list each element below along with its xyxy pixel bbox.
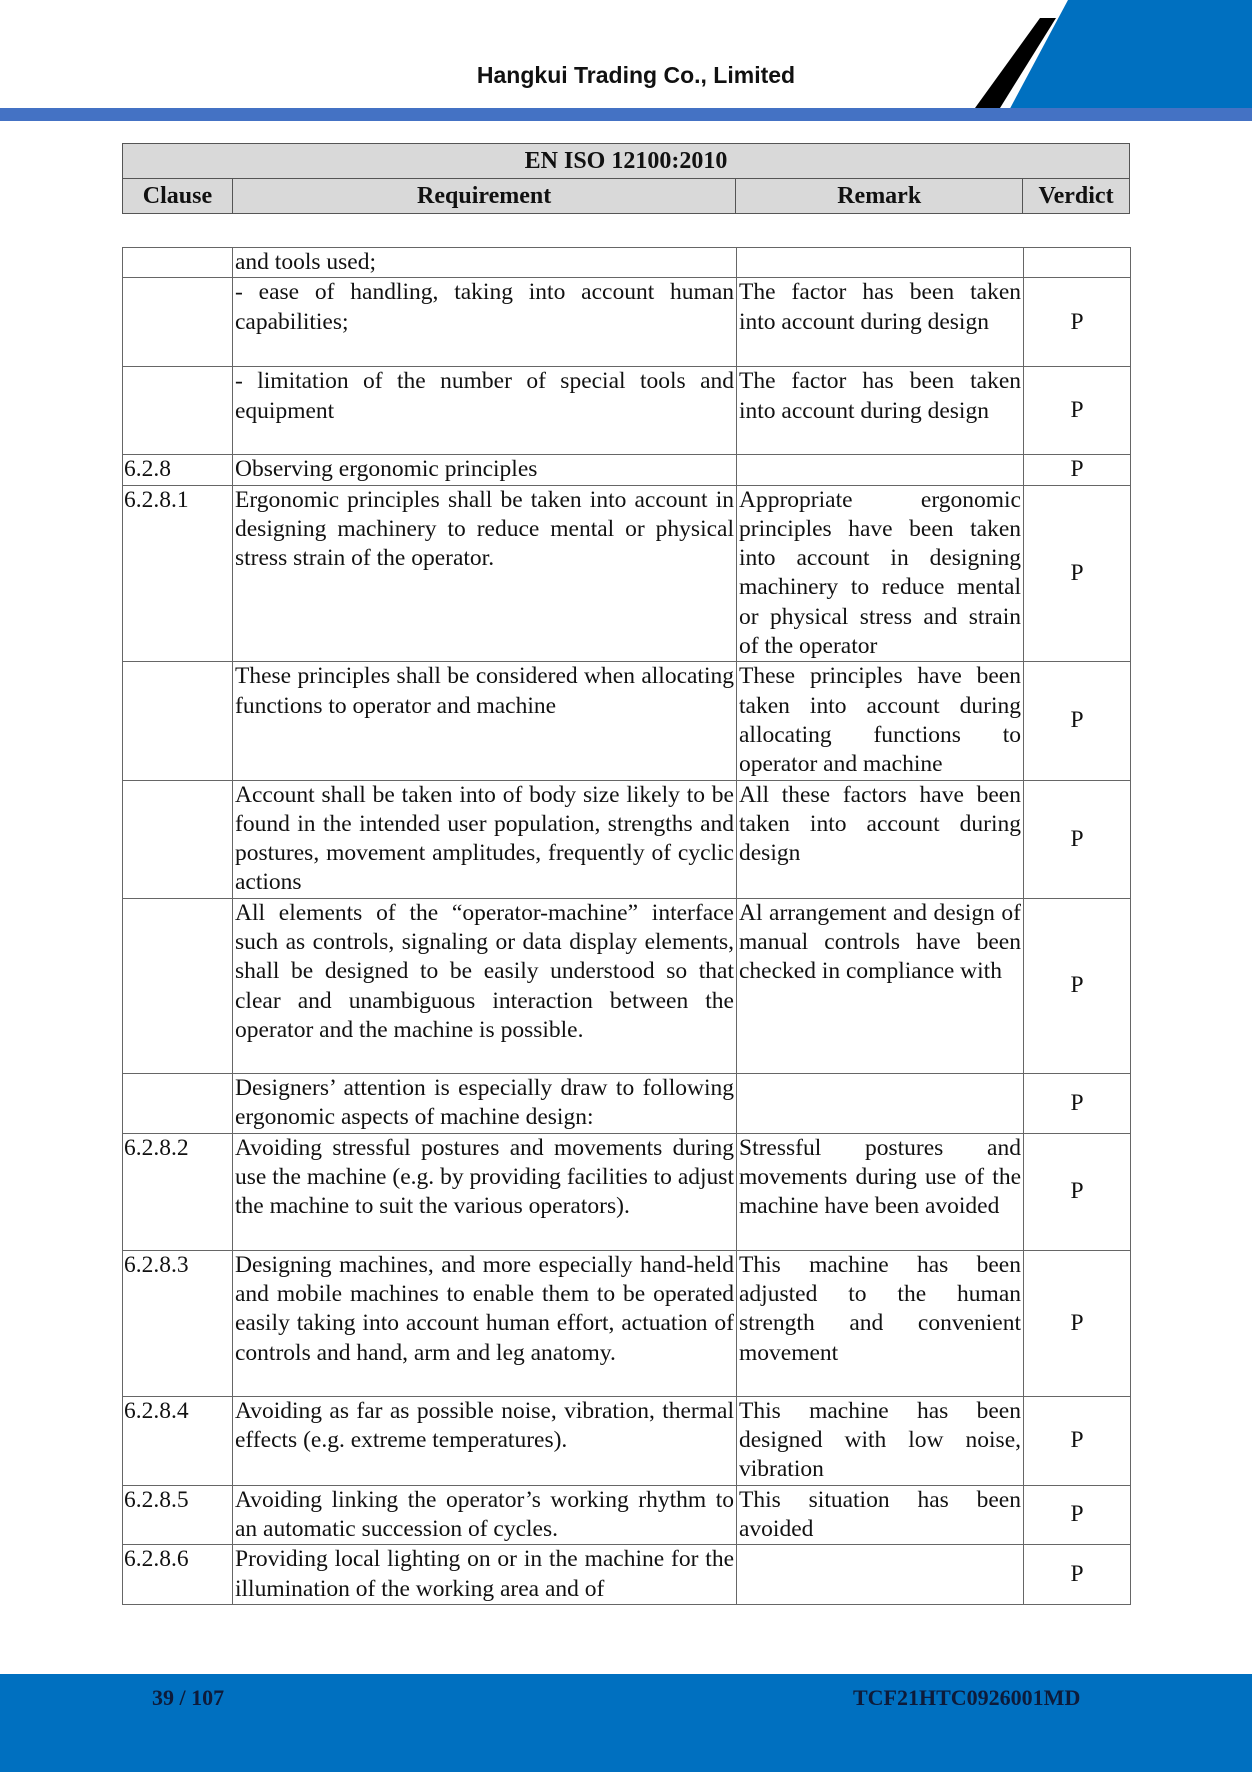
cell-clause [123,662,233,780]
cell-verdict: P [1024,1250,1131,1396]
cell-clause: 6.2.8.4 [123,1396,233,1485]
cell-remark: Appropriate ergonomic principles have be… [737,485,1024,662]
table-row: - limitation of the number of special to… [123,367,1131,455]
table-row: Designers’ attention is especially draw … [123,1073,1131,1133]
cell-requirement: Designing machines, and more especially … [233,1250,737,1396]
cell-remark: These principles have been taken into ac… [737,662,1024,780]
company-name: Hangkui Trading Co., Limited [0,62,1252,89]
cell-verdict: P [1024,455,1131,485]
cell-clause [123,248,233,278]
cell-remark: This machine has been designed with low … [737,1396,1024,1485]
cell-requirement: All elements of the “operator-machine” i… [233,898,737,1073]
cell-verdict: P [1024,1545,1131,1605]
table-row: 6.2.8.1Ergonomic principles shall be tak… [123,485,1131,662]
header-bar [0,108,1252,121]
table-row: These principles shall be considered whe… [123,662,1131,780]
cell-requirement: - ease of handling, taking into account … [233,278,737,367]
table-row: All elements of the “operator-machine” i… [123,898,1131,1073]
standard-title: EN ISO 12100:2010 [123,144,1130,179]
cell-clause: 6.2.8.2 [123,1133,233,1250]
cell-requirement: Avoiding linking the operator’s working … [233,1485,737,1545]
cell-remark: The factor has been taken into account d… [737,278,1024,367]
table-row: 6.2.8.2Avoiding stressful postures and m… [123,1133,1131,1250]
cell-clause: 6.2.8 [123,455,233,485]
cell-clause [123,898,233,1073]
cell-clause: 6.2.8.1 [123,485,233,662]
cell-requirement: and tools used; [233,248,737,278]
table-row: 6.2.8.4Avoiding as far as possible noise… [123,1396,1131,1485]
cell-verdict: P [1024,1396,1131,1485]
cell-requirement: Avoiding as far as possible noise, vibra… [233,1396,737,1485]
report-number: TCF21HTC0926001MD [853,1685,1080,1711]
cell-remark [737,1073,1024,1133]
table-header: EN ISO 12100:2010 Clause Requirement Rem… [122,143,1130,214]
cell-clause: 6.2.8.5 [123,1485,233,1545]
cell-requirement: These principles shall be considered whe… [233,662,737,780]
cell-requirement: Providing local lighting on or in the ma… [233,1545,737,1605]
cell-clause [123,780,233,898]
cell-remark: Al arrangement and design of manual cont… [737,898,1024,1073]
table-row: Account shall be taken into of body size… [123,780,1131,898]
column-header-clause: Clause [123,179,233,214]
cell-verdict: P [1024,780,1131,898]
cell-clause: 6.2.8.6 [123,1545,233,1605]
column-header-verdict: Verdict [1023,179,1130,214]
cell-remark: The factor has been taken into account d… [737,367,1024,455]
cell-clause [123,1073,233,1133]
cell-verdict: P [1024,662,1131,780]
cell-requirement: - limitation of the number of special to… [233,367,737,455]
footer-bar: 39 / 107 TCF21HTC0926001MD [0,1674,1252,1772]
cell-verdict: P [1024,278,1131,367]
cell-verdict: P [1024,1073,1131,1133]
table-row: 6.2.8.5Avoiding linking the operator’s w… [123,1485,1131,1545]
cell-remark: Stressful postures and movements during … [737,1133,1024,1250]
requirements-table: and tools used;- ease of handling, takin… [122,247,1131,1605]
cell-requirement: Ergonomic principles shall be taken into… [233,485,737,662]
table-row: - ease of handling, taking into account … [123,278,1131,367]
column-header-requirement: Requirement [232,179,735,214]
cell-clause [123,278,233,367]
cell-remark [737,248,1024,278]
cell-requirement: Observing ergonomic principles [233,455,737,485]
table-row: 6.2.8.6Providing local lighting on or in… [123,1545,1131,1605]
cell-verdict: P [1024,367,1131,455]
cell-requirement: Avoiding stressful postures and movement… [233,1133,737,1250]
page-number: 39 / 107 [152,1685,224,1711]
cell-remark: This machine has been adjusted to the hu… [737,1250,1024,1396]
cell-verdict: P [1024,485,1131,662]
cell-requirement: Account shall be taken into of body size… [233,780,737,898]
cell-clause: 6.2.8.3 [123,1250,233,1396]
cell-remark: This situation has been avoided [737,1485,1024,1545]
cell-remark [737,1545,1024,1605]
table-row: and tools used; [123,248,1131,278]
column-header-remark: Remark [736,179,1023,214]
table-row: 6.2.8Observing ergonomic principlesP [123,455,1131,485]
cell-verdict: P [1024,898,1131,1073]
table-row: 6.2.8.3Designing machines, and more espe… [123,1250,1131,1396]
cell-verdict [1024,248,1131,278]
cell-verdict: P [1024,1133,1131,1250]
cell-remark [737,455,1024,485]
cell-requirement: Designers’ attention is especially draw … [233,1073,737,1133]
cell-remark: All these factors have been taken into a… [737,780,1024,898]
cell-verdict: P [1024,1485,1131,1545]
cell-clause [123,367,233,455]
